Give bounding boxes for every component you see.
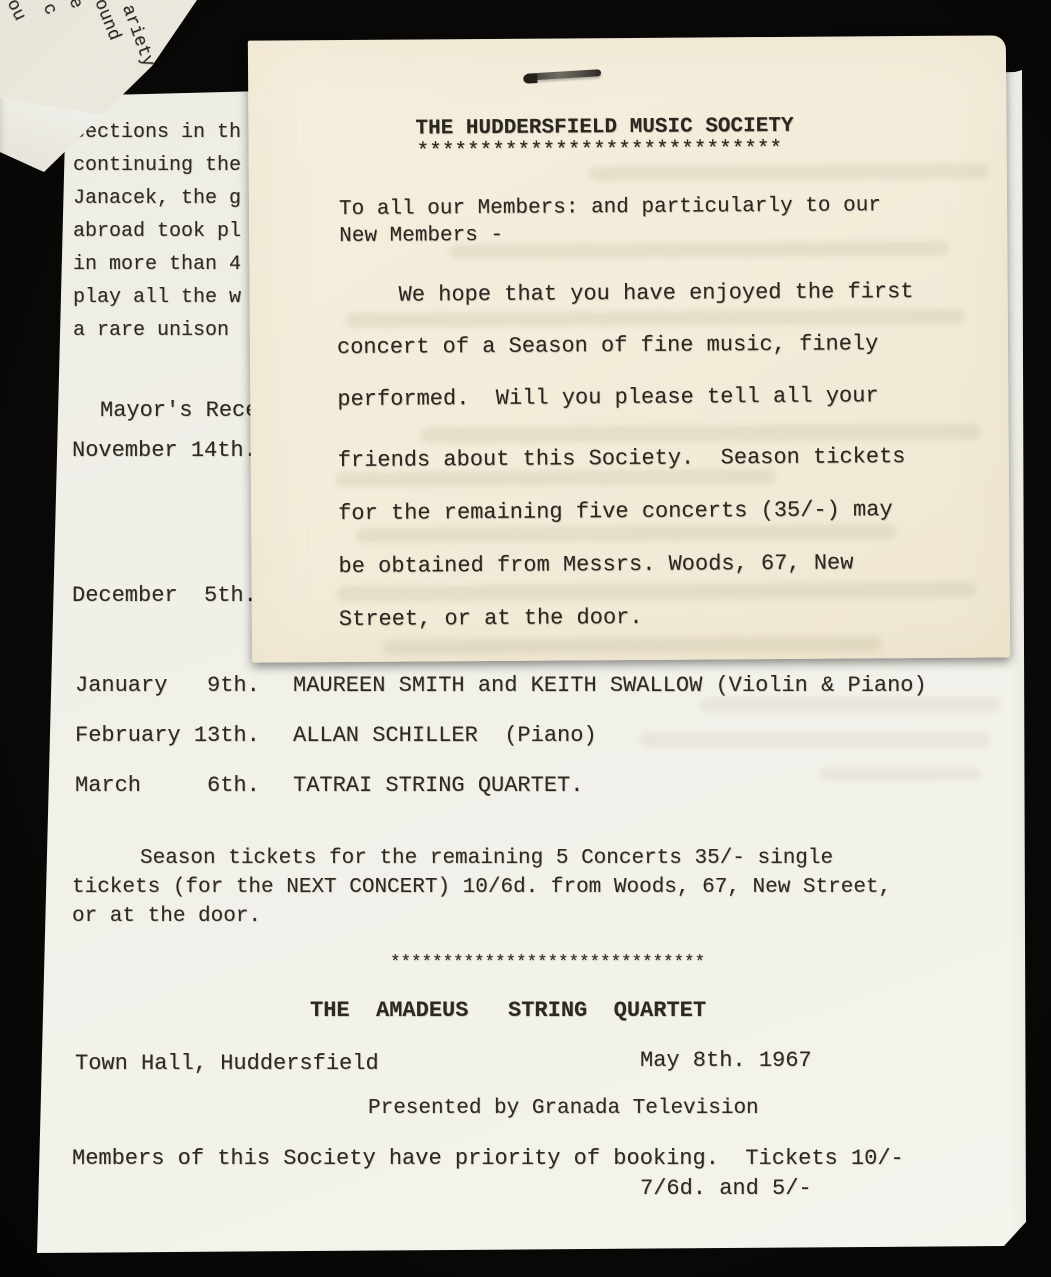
event-date-december: December 5th. (72, 583, 257, 609)
ghost-text-smudge (449, 241, 949, 259)
booking-line-2: 7/6d. and 5/- (640, 1176, 812, 1202)
presenter-line: Presented by Granada Television (368, 1096, 759, 1121)
ghost-text-smudge (345, 309, 965, 328)
concert-date: February 13th. (75, 723, 260, 749)
clipped-paragraph-line: in more than 4 (73, 253, 241, 277)
ghost-text-smudge (700, 698, 1000, 712)
ghost-text-smudge (382, 636, 882, 654)
ghost-text-smudge (589, 163, 989, 181)
concert-date: January 9th. (75, 673, 260, 699)
venue-line: Town Hall, Huddersfield (75, 1051, 379, 1077)
note-body-line: friends about this Society. Season ticke… (338, 444, 906, 474)
ghost-text-smudge (356, 524, 896, 543)
clipped-paragraph-line: a rare unison (73, 319, 229, 343)
event-date-november: November 14th. (72, 438, 257, 464)
fragment-word: c (38, 0, 61, 18)
fragment-word: e (64, 0, 87, 12)
scanned-document-photo: sections in th continuing the Janacek, t… (0, 0, 1051, 1277)
ghost-text-smudge (337, 582, 977, 602)
tickets-paragraph-line: tickets (for the NEXT CONCERT) 10/6d. fr… (72, 875, 891, 900)
amadeus-heading: THE AMADEUS STRING QUARTET (310, 998, 706, 1024)
amadeus-date: May 8th. 1967 (640, 1048, 812, 1074)
clipped-paragraph-line: sections in th (73, 121, 241, 145)
staple-icon (525, 69, 601, 80)
fragment-word: pound (85, 0, 124, 44)
tickets-paragraph-line: or at the door. (72, 904, 261, 929)
clipped-paragraph-line: play all the w (73, 286, 241, 310)
ghost-text-smudge (640, 733, 990, 746)
note-body-line: be obtained from Messrs. Woods, 67, New (338, 550, 853, 580)
note-body-line: concert of a Season of fine music, finel… (337, 331, 878, 361)
clipped-paragraph-line: continuing the (73, 154, 241, 178)
clipped-paragraph-line: Janacek, the g (73, 187, 241, 211)
note-body-line: Street, or at the door. (339, 605, 643, 633)
note-title-underline: ***************************** (417, 137, 783, 165)
ghost-text-smudge (421, 424, 981, 444)
concert-artist: MAUREEN SMITH and KEITH SWALLOW (Violin … (293, 673, 927, 699)
note-salutation-line-2: New Members - (339, 223, 503, 249)
ghost-text-smudge (820, 768, 980, 780)
concert-artist: ALLAN SCHILLER (Piano) (293, 723, 597, 749)
booking-line-1: Members of this Society have priority of… (72, 1146, 904, 1172)
note-body-line: for the remaining five concerts (35/-) m… (338, 497, 893, 527)
note-body-line: performed. Will you please tell all your (337, 383, 878, 413)
concert-artist: TATRAI STRING QUARTET. (293, 773, 583, 799)
note-salutation-line-1: To all our Members: and particularly to … (339, 193, 881, 222)
fragment-word: ou (2, 0, 29, 24)
concert-date: March 6th. (75, 773, 260, 799)
mayors-reception-line: Mayor's Rece (100, 398, 258, 424)
tickets-paragraph-line: Season tickets for the remaining 5 Conce… (140, 846, 833, 871)
stapled-note: THE HUDDERSFIELD MUSIC SOCIETY *********… (248, 35, 1010, 662)
clipped-paragraph-line: abroad took pl (73, 220, 241, 244)
note-body-line: We hope that you have enjoyed the first (399, 279, 914, 309)
asterisk-divider: ****************************** (390, 953, 705, 973)
